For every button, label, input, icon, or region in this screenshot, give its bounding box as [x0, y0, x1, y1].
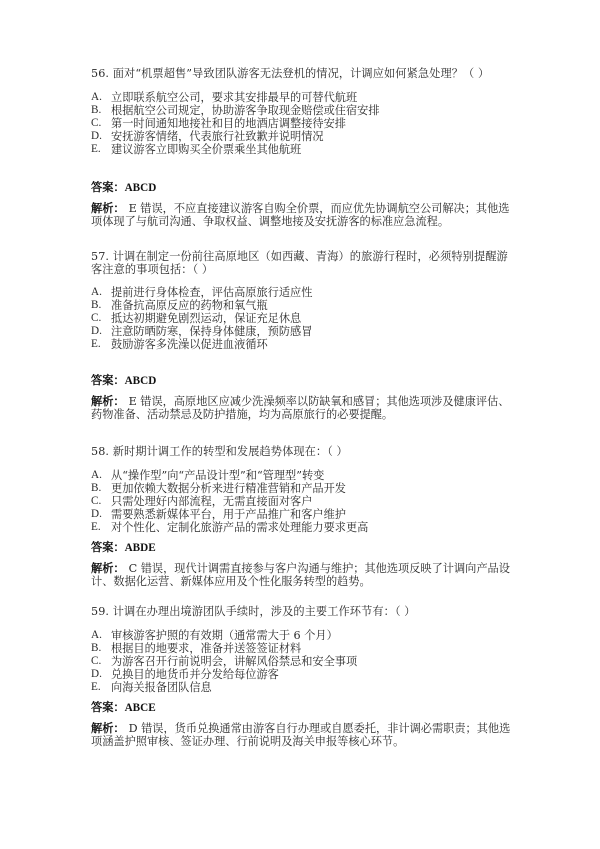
answer-57: 答案：ABCD: [91, 374, 516, 388]
options-list: A.从“操作型”向“产品设计型”和“管理型”转变 B.更加依赖大数据分析来进行精…: [91, 469, 516, 534]
question-text: 计调在制定一份前往高原地区（如西藏、青海）的旅游行程时，必须特别提醒游客注意的事…: [91, 250, 508, 276]
analysis-text: E 错误，不应直接建议游客自购全价票，而应优先协调航空公司解决；其他选项体现了与…: [91, 202, 510, 228]
option-c: C.抵达初期避免剧烈运动，保证充足休息: [91, 312, 516, 325]
question-stem: 56. 面对“机票超售”导致团队游客无法登机的情况，计调应如何紧急处理？（ ）: [91, 67, 511, 80]
question-stem: 57. 计调在制定一份前往高原地区（如西藏、青海）的旅游行程时，必须特别提醒游客…: [91, 250, 511, 276]
analysis-59: 解析：D 错误，货币兑换通常由游客自行办理或自愿委托，非计调必需职责；其他选项涵…: [91, 722, 511, 748]
option-b: B.根据航空公司规定，协助游客争取现金赔偿或住宿安排: [91, 104, 516, 117]
analysis-text: E 错误，高原地区应减少洗澡频率以防缺氧和感冒；其他选项涉及健康评估、药物准备、…: [91, 395, 510, 421]
analysis-56: 解析：E 错误，不应直接建议游客自购全价票，而应优先协调航空公司解决；其他选项体…: [91, 202, 511, 228]
option-c: C.第一时间通知地接社和目的地酒店调整接待安排: [91, 117, 516, 130]
option-d: D.注意防晒防寒，保持身体健康，预防感冒: [91, 325, 516, 338]
question-text: 计调在办理出境游团队手续时，涉及的主要工作环节有：（ ）: [113, 605, 416, 618]
answer-value: ABCD: [125, 375, 157, 387]
answer-label: 答案：: [91, 700, 125, 714]
analysis-label: 解析：: [91, 201, 125, 215]
option-b: B.根据目的地要求，准备并送签签证材料: [91, 642, 516, 655]
question-text: 面对“机票超售”导致团队游客无法登机的情况，计调应如何紧急处理？（ ）: [113, 67, 490, 80]
options-list: A.提前进行身体检查，评估高原旅行适应性 B.准备抗高原反应的药物和氧气瓶 C.…: [91, 286, 516, 351]
option-d: D.兑换目的地货币并分发给每位游客: [91, 668, 516, 681]
answer-value: ABCE: [125, 702, 156, 714]
option-e: E.对个性化、定制化旅游产品的需求处理能力要求更高: [91, 521, 516, 534]
question-59: 59. 计调在办理出境游团队手续时，涉及的主要工作环节有：（ ） A.审核游客护…: [91, 605, 516, 694]
options-list: A.审核游客护照的有效期（通常需大于 6 个月） B.根据目的地要求，准备并送签…: [91, 629, 516, 694]
answer-56: 答案：ABCD: [91, 181, 516, 195]
option-a: A.审核游客护照的有效期（通常需大于 6 个月）: [91, 629, 516, 642]
question-text: 新时期计调工作的转型和发展趋势体现在：（ ）: [113, 445, 348, 458]
question-number: 57.: [91, 250, 109, 263]
question-number: 58.: [91, 445, 109, 458]
analysis-label: 解析：: [91, 561, 125, 575]
question-stem: 59. 计调在办理出境游团队手续时，涉及的主要工作环节有：（ ）: [91, 605, 516, 618]
analysis-label: 解析：: [91, 721, 125, 735]
option-b: B.准备抗高原反应的药物和氧气瓶: [91, 299, 516, 312]
option-b: B.更加依赖大数据分析来进行精准营销和产品开发: [91, 482, 516, 495]
option-c: C.只需处理好内部流程，无需直接面对客户: [91, 495, 516, 508]
analysis-text: C 错误，现代计调需直接参与客户沟通与维护；其他选项反映了计调向产品设计、数据化…: [91, 562, 510, 588]
analysis-58: 解析：C 错误，现代计调需直接参与客户沟通与维护；其他选项反映了计调向产品设计、…: [91, 562, 511, 588]
option-e: E.鼓励游客多洗澡以促进血液循环: [91, 338, 516, 351]
option-c: C.为游客召开行前说明会，讲解风俗禁忌和安全事项: [91, 655, 516, 668]
answer-label: 答案：: [91, 540, 125, 554]
question-stem: 58. 新时期计调工作的转型和发展趋势体现在：（ ）: [91, 445, 516, 458]
question-number: 56.: [91, 67, 109, 80]
option-a: A.从“操作型”向“产品设计型”和“管理型”转变: [91, 469, 516, 482]
option-d: D.安抚游客情绪，代表旅行社致歉并说明情况: [91, 130, 516, 143]
answer-value: ABCD: [125, 182, 157, 194]
answer-59: 答案：ABCE: [91, 701, 516, 715]
question-58: 58. 新时期计调工作的转型和发展趋势体现在：（ ） A.从“操作型”向“产品设…: [91, 445, 516, 534]
option-e: E.向海关报备团队信息: [91, 681, 516, 694]
question-56: 56. 面对“机票超售”导致团队游客无法登机的情况，计调应如何紧急处理？（ ） …: [91, 67, 516, 156]
question-number: 59.: [91, 605, 109, 618]
question-57: 57. 计调在制定一份前往高原地区（如西藏、青海）的旅游行程时，必须特别提醒游客…: [91, 250, 516, 351]
analysis-text: D 错误，货币兑换通常由游客自行办理或自愿委托，非计调必需职责；其他选项涵盖护照…: [91, 722, 510, 748]
options-list: A.立即联系航空公司，要求其安排最早的可替代航班 B.根据航空公司规定，协助游客…: [91, 91, 516, 156]
answer-58: 答案：ABDE: [91, 541, 516, 555]
option-d: D.需要熟悉新媒体平台，用于产品推广和客户维护: [91, 508, 516, 521]
analysis-label: 解析：: [91, 394, 125, 408]
analysis-57: 解析：E 错误，高原地区应减少洗澡频率以防缺氧和感冒；其他选项涉及健康评估、药物…: [91, 395, 511, 421]
answer-label: 答案：: [91, 373, 125, 387]
answer-value: ABDE: [125, 542, 156, 554]
option-e: E.建议游客立即购买全价票乘坐其他航班: [91, 143, 516, 156]
option-a: A.提前进行身体检查，评估高原旅行适应性: [91, 286, 516, 299]
option-a: A.立即联系航空公司，要求其安排最早的可替代航班: [91, 91, 516, 104]
answer-label: 答案：: [91, 180, 125, 194]
